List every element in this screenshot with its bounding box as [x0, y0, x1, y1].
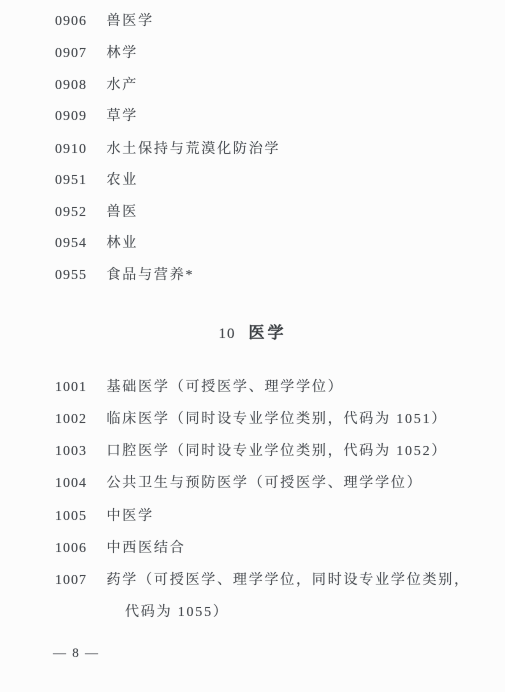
discipline-code: 1001 — [55, 378, 103, 398]
section-title: 医学 — [248, 325, 286, 342]
discipline-name: 药学（可授医学、理学学位，同时设专业学位类别， — [107, 573, 470, 588]
discipline-name: 口腔医学（同时设专业学位类别，代码为 1052） — [107, 444, 448, 459]
table-row: 1005 中医学 — [55, 507, 154, 527]
discipline-name: 临床医学（同时设专业学位类别，代码为 1051） — [107, 412, 448, 427]
discipline-name: 兽医学 — [107, 14, 154, 29]
discipline-code: 0955 — [55, 266, 103, 286]
discipline-name: 兽医 — [107, 205, 139, 220]
discipline-code: 0909 — [55, 107, 103, 127]
section-number: 10 — [218, 326, 235, 342]
discipline-name: 林学 — [107, 46, 139, 61]
table-row: 1001 基础医学（可授医学、理学学位） — [55, 378, 344, 398]
discipline-code: 1005 — [55, 507, 103, 527]
discipline-name: 农业 — [107, 173, 139, 188]
table-row: 1003 口腔医学（同时设专业学位类别，代码为 1052） — [55, 442, 447, 462]
discipline-name: 中医学 — [107, 509, 154, 524]
table-row: 0952 兽医 — [55, 203, 138, 223]
table-row-continuation: 代码为 1055） — [125, 603, 229, 623]
table-row: 0910 水土保持与荒漠化防治学 — [55, 140, 280, 160]
discipline-code: 0907 — [55, 44, 103, 64]
discipline-name: 草学 — [107, 109, 139, 124]
table-row: 1002 临床医学（同时设专业学位类别，代码为 1051） — [55, 410, 447, 430]
section-heading: 10医学 — [0, 323, 505, 345]
discipline-code: 1006 — [55, 539, 103, 559]
table-row: 0906 兽医学 — [55, 12, 154, 32]
page-number: — 8 — — [53, 643, 100, 663]
table-row: 1004 公共卫生与预防医学（可授医学、理学学位） — [55, 474, 423, 494]
discipline-code: 0951 — [55, 171, 103, 191]
discipline-code: 1002 — [55, 410, 103, 430]
discipline-code: 1003 — [55, 442, 103, 462]
discipline-name: 食品与营养* — [107, 268, 195, 283]
table-row: 0954 林业 — [55, 234, 138, 254]
discipline-name: 公共卫生与预防医学（可授医学、理学学位） — [107, 476, 423, 491]
table-row: 1006 中西医结合 — [55, 539, 186, 559]
table-row: 0955 食品与营养* — [55, 266, 194, 286]
table-row: 0909 草学 — [55, 107, 138, 127]
table-row: 1007 药学（可授医学、理学学位，同时设专业学位类别， — [55, 571, 470, 591]
discipline-code: 0908 — [55, 76, 103, 96]
discipline-name: 基础医学（可授医学、理学学位） — [107, 380, 344, 395]
discipline-code: 1007 — [55, 571, 103, 591]
discipline-name: 中西医结合 — [107, 541, 186, 556]
table-row: 0908 水产 — [55, 76, 138, 96]
discipline-code: 1004 — [55, 474, 103, 494]
discipline-code: 0910 — [55, 140, 103, 160]
discipline-code: 0906 — [55, 12, 103, 32]
discipline-name: 林业 — [107, 236, 139, 251]
discipline-name: 水土保持与荒漠化防治学 — [107, 142, 281, 157]
discipline-name: 水产 — [107, 78, 139, 93]
table-row: 0907 林学 — [55, 44, 138, 64]
discipline-name-continuation: 代码为 1055） — [125, 605, 229, 620]
discipline-code: 0954 — [55, 234, 103, 254]
document-page: 0906 兽医学 0907 林学 0908 水产 0909 草学 0910 水土… — [0, 0, 505, 692]
table-row: 0951 农业 — [55, 171, 138, 191]
discipline-code: 0952 — [55, 203, 103, 223]
